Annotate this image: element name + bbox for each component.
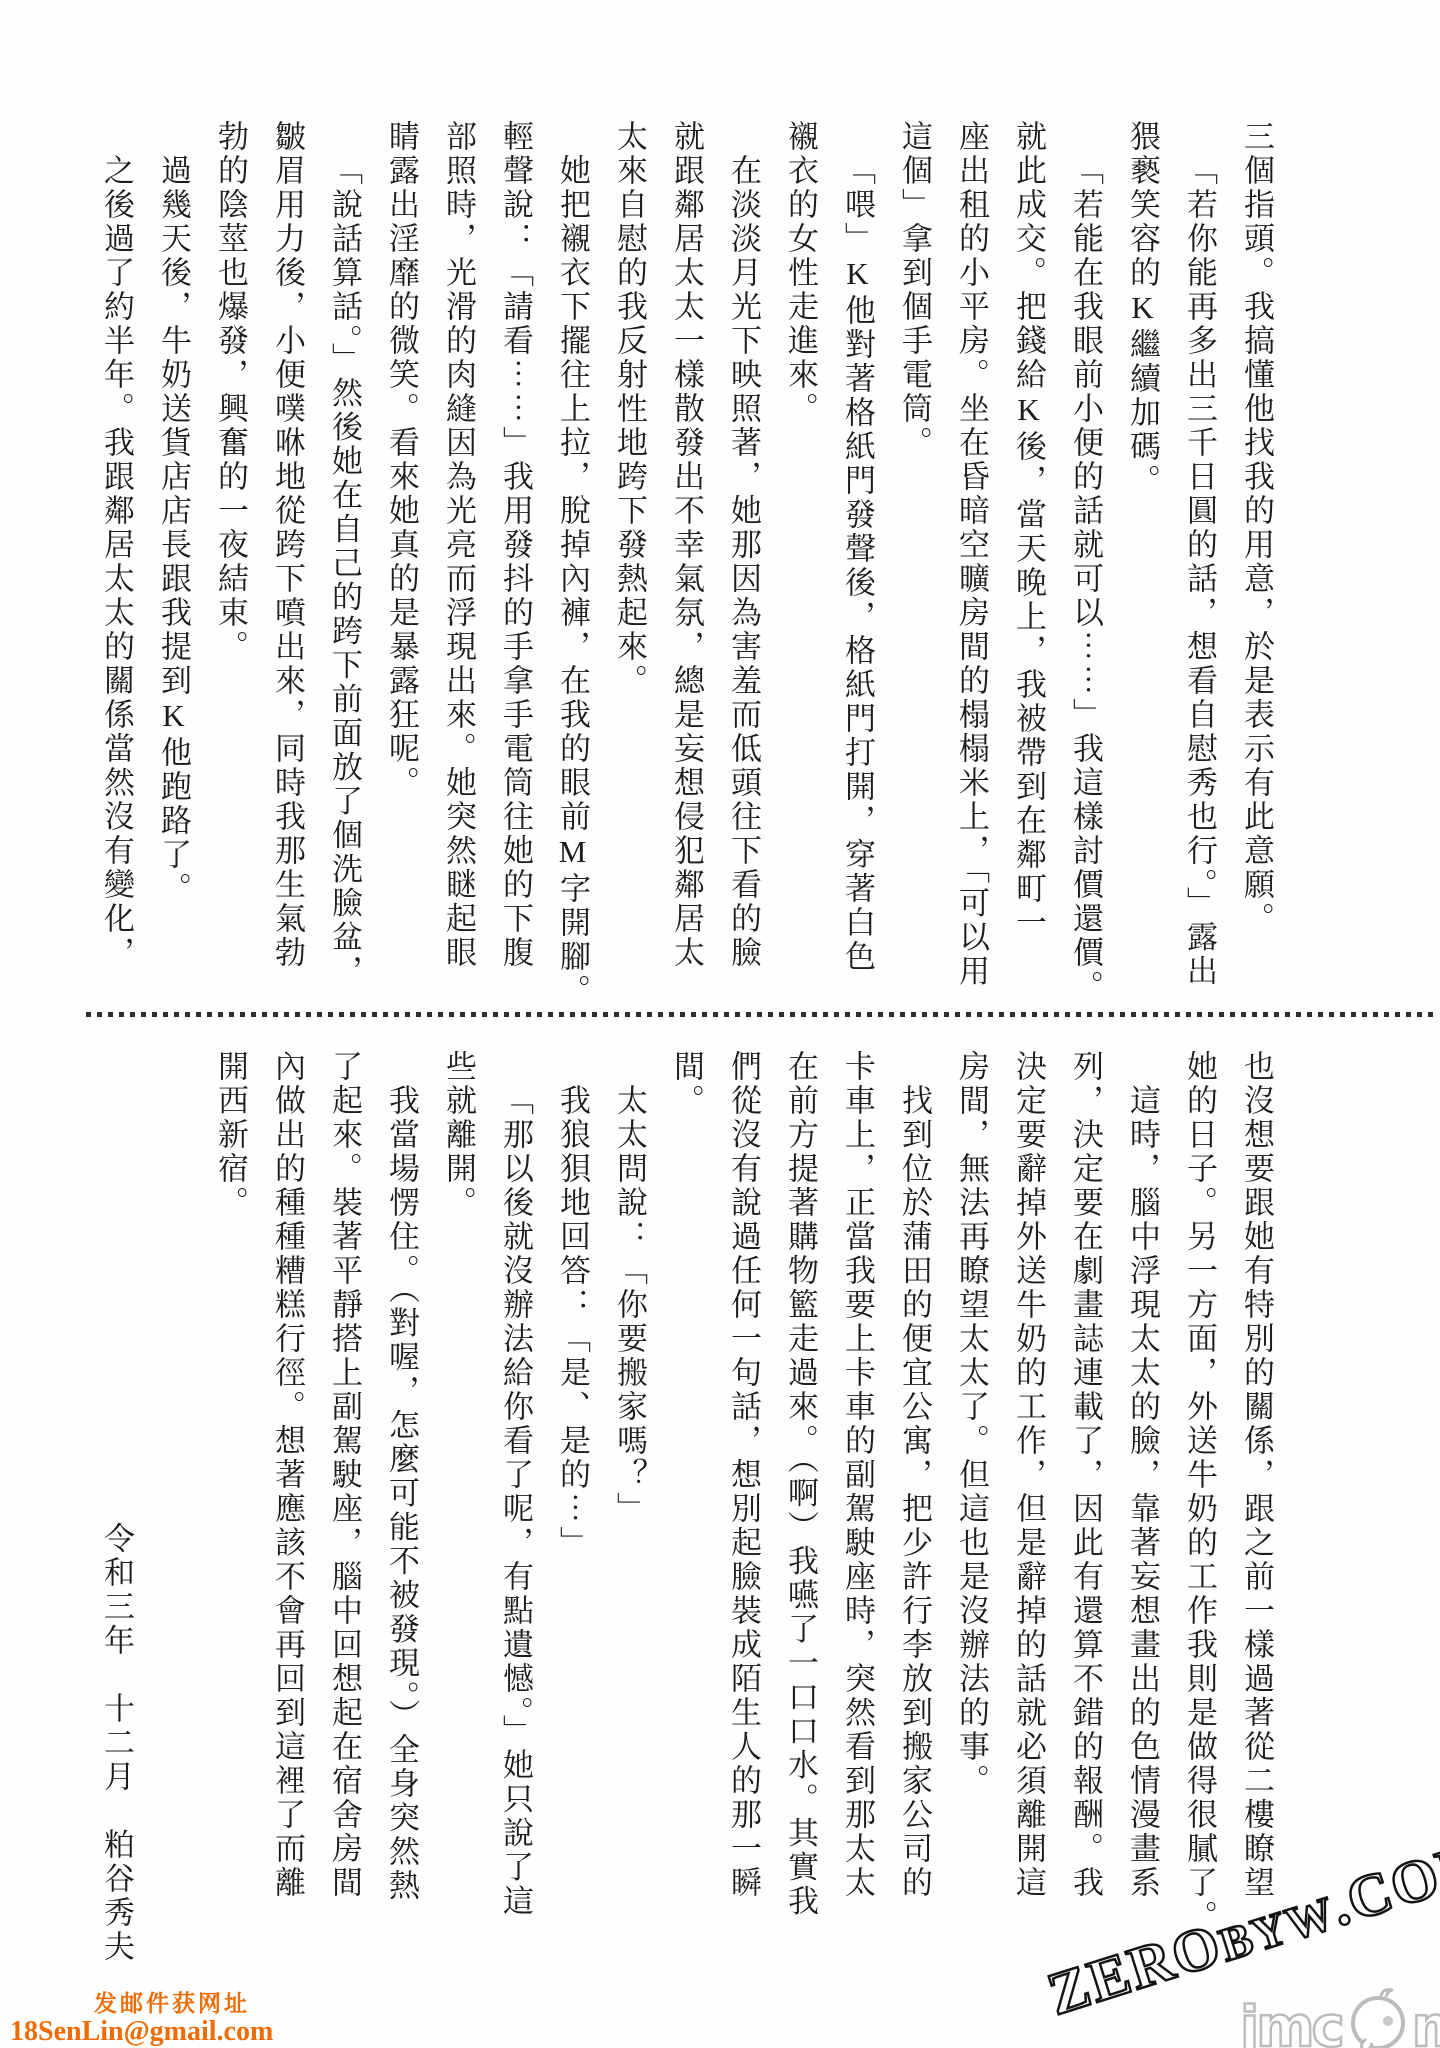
text-column: 皺眉用力後，小便噗咻地從跨下噴出來，同時我那生氣勃	[259, 120, 316, 1020]
jmcomic-mascot-icon	[1348, 1986, 1408, 2048]
text-column: 勃的陰莖也爆發，興奮的一夜結束。	[202, 120, 259, 1020]
jmcomic-logo: jmc mic	[1240, 2000, 1440, 2048]
text-column: 「說話算話。」然後她在自己的跨下前面放了個洗臉盆，	[316, 120, 373, 1020]
text-column: 些就離開。	[430, 1050, 487, 1972]
email-watermark: 发邮件获网址 18SenLin@gmail.com	[10, 1992, 273, 2046]
signature-line: 令和三年 十二月 粕谷秀夫	[88, 1050, 145, 1972]
text-column: 襯衣的女性走進來。	[772, 120, 829, 1020]
text-column: 太來自慰的我反射性地跨下發熱起來。	[601, 120, 658, 1020]
text-column: 這個」拿到個手電筒。	[886, 120, 943, 1020]
jmcomic-logo-text-right: mic	[1412, 2000, 1440, 2048]
text-column: 部照時，光滑的肉縫因為光亮而浮現出來。她突然瞇起眼	[430, 120, 487, 1020]
text-column: 就跟鄰居太太一樣散發出不幸氣氛，總是妄想侵犯鄰居太	[658, 120, 715, 1020]
text-column: 這時，腦中浮現太太的臉，靠著妄想畫出的色情漫畫系	[1114, 1050, 1171, 1972]
email-watermark-address: 18SenLin@gmail.com	[10, 2018, 273, 2046]
text-column: 我當場愣住。（對喔，怎麼可能不被發現。）全身突然熱	[373, 1050, 430, 1972]
afterword-text-block-bottom: 也沒想要跟她有特別的關係，跟之前一樣過著從二樓瞭望她的日子。另一方面，外送牛奶的…	[88, 1050, 1285, 1972]
text-column: 她的日子。另一方面，外送牛奶的工作我則是做得很膩了。	[1171, 1050, 1228, 1972]
text-column: 們從沒有說過任何一句話，想別起臉裝成陌生人的那一瞬	[715, 1050, 772, 1972]
text-column: 在淡淡月光下映照著，她那因為害羞而低頭往下看的臉	[715, 120, 772, 1020]
text-column: 睛露出淫靡的微笑。看來她真的是暴露狂呢。	[373, 120, 430, 1020]
text-column: 「若你能再多出三千日圓的話，想看自慰秀也行。」露出	[1171, 120, 1228, 1020]
text-column: 「喂」K他對著格紙門發聲後，格紙門打開，穿著白色	[829, 120, 886, 1020]
afterword-text-block-top: 三個指頭。我搞懂他找我的用意，於是表示有此意願。「若你能再多出三千日圓的話，想看…	[88, 120, 1285, 1020]
text-column: 間。	[658, 1050, 715, 1972]
text-column: 她把襯衣下擺往上拉，脫掉內褲，在我的眼前M字開腳。	[544, 120, 601, 1020]
text-column: 內做出的種種糟糕行徑。想著應該不會再回到這裡了而離	[259, 1050, 316, 1972]
dotted-divider	[86, 1012, 1434, 1017]
text-column: 開西新宿。	[202, 1050, 259, 1972]
text-column: 在前方提著購物籃走過來。（啊）我嚥了一口口水。其實我	[772, 1050, 829, 1972]
email-watermark-caption: 发邮件获网址	[94, 1992, 273, 2015]
text-column: 找到位於蒲田的便宜公寓，把少許行李放到搬家公司的	[886, 1050, 943, 1972]
text-column: 房間，無法再瞭望太太了。但這也是沒辦法的事。	[943, 1050, 1000, 1972]
text-column: 就此成交。把錢給K後，當天晚上，我被帶到在鄰町一	[1000, 120, 1057, 1020]
text-column: 輕聲說：「請看⋯⋯」我用發抖的手拿手電筒往她的下腹	[487, 120, 544, 1020]
text-column: 也沒想要跟她有特別的關係，跟之前一樣過著從二樓瞭望	[1228, 1050, 1285, 1972]
text-column: 「若能在我眼前小便的話就可以⋯⋯」我這樣討價還價。	[1057, 120, 1114, 1020]
jmcomic-logo-text-left: jmc	[1240, 2000, 1342, 2048]
text-column: 了起來。裝著平靜搭上副駕駛座，腦中回想起在宿舍房間	[316, 1050, 373, 1972]
text-column: 猥褻笑容的K繼續加碼。	[1114, 120, 1171, 1020]
text-column: 列，決定要在劇畫誌連載了，因此有還算不錯的報酬。我	[1057, 1050, 1114, 1972]
manga-afterword-page: 三個指頭。我搞懂他找我的用意，於是表示有此意願。「若你能再多出三千日圓的話，想看…	[0, 0, 1440, 2048]
text-column: 座出租的小平房。坐在昏暗空曠房間的榻榻米上，「可以用	[943, 120, 1000, 1020]
text-column: 「那以後就沒辦法給你看了呢，有點遺憾。」她只說了這	[487, 1050, 544, 1972]
text-column: 過幾天後，牛奶送貨店店長跟我提到K他跑路了。	[145, 120, 202, 1020]
text-column: 太太問說：「你要搬家嗎？」	[601, 1050, 658, 1972]
text-column: 卡車上，正當我要上卡車的副駕駛座時，突然看到那太太	[829, 1050, 886, 1972]
text-column: 我狼狽地回答：「是、是的⋯」	[544, 1050, 601, 1972]
text-column: 之後過了約半年。我跟鄰居太太的關係當然沒有變化，	[88, 120, 145, 1020]
zerobyw-watermark-part3: .COM	[1323, 1824, 1440, 1938]
text-column: 決定要辭掉外送牛奶的工作，但是辭掉的話就必須離開這	[1000, 1050, 1057, 1972]
text-column: 三個指頭。我搞懂他找我的用意，於是表示有此意願。	[1228, 120, 1285, 1020]
